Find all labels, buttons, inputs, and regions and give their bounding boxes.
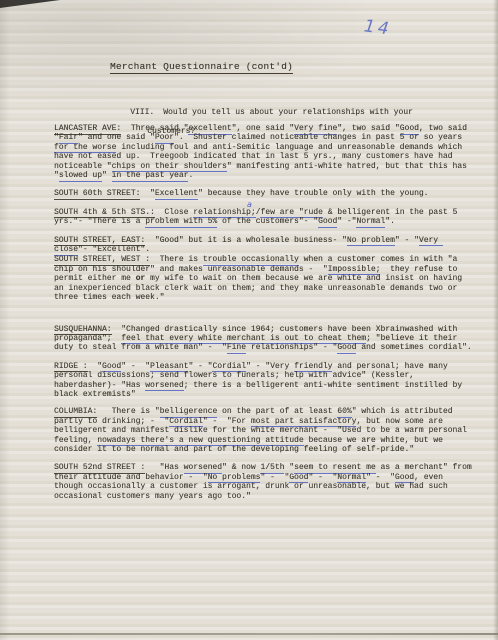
question-text-line1: Would you tell us about your relationshi… (163, 108, 413, 117)
typed-text: Close (155, 208, 193, 217)
typed-text: " & now (222, 463, 260, 472)
typed-text: There is (150, 255, 203, 264)
ink-underlined-phrase: Excellent (155, 189, 198, 200)
ink-underlined-phrase: in the past year (112, 171, 189, 182)
ink-underlined-phrase: slowed up (59, 171, 102, 182)
typed-text: " - "Very (246, 362, 294, 371)
handwritten-insertion: a (247, 200, 252, 209)
typed-text: " - " (188, 362, 212, 371)
ink-underlined-phrase: No problem (347, 236, 395, 247)
section-south-4th-5th-sts: SOUTH 4th & 5th STS.: Close relationship… (54, 208, 475, 227)
typed-text: " - " (308, 473, 337, 482)
section-ridge: RIDGE : "Good" - "Pleasant" - "Cordial" … (54, 362, 475, 400)
typed-text: ", two said " (337, 124, 399, 133)
typed-text: " (284, 463, 294, 472)
typed-text: "Good" but it is a wholesale business- " (145, 236, 347, 245)
scanned-document-page: 14 Merchant Questionnaire (cont'd) VIII.… (0, 0, 498, 640)
typed-text: " (102, 171, 112, 180)
ink-underlined-phrase: problem with 5% (145, 217, 217, 228)
section-south-street-east: SOUTH STREET, EAST: "Good" but it is a w… (54, 236, 475, 255)
page-title: Merchant Questionnaire (cont'd) (110, 61, 293, 74)
typed-text: There is " (97, 407, 159, 416)
handwritten-page-number: 14 (363, 16, 393, 39)
typed-text: " because they have trouble only with th… (198, 189, 428, 198)
typed-text: relationships" - " (246, 343, 337, 352)
typed-text: of the customers"- " (217, 217, 318, 226)
typed-text: or (136, 274, 146, 283)
ink-underlined-phrase: Good (337, 343, 356, 354)
typed-text: " - " (395, 236, 419, 245)
ink-underlined-phrase: worsened (145, 381, 183, 392)
question-number: VIII. (130, 108, 154, 117)
typed-text: . (188, 171, 193, 180)
section-south-60th-street: SOUTH 60th STREET: "Excellent" because t… (54, 189, 475, 198)
section-south-street-west: SOUTH STREET, WEST : There is trouble oc… (54, 255, 475, 302)
sections: LANCASTER AVE: Three said "excellent", o… (54, 124, 475, 501)
typed-text: "- "Excellent". (78, 245, 150, 254)
typed-text: ". Shuster claimed noticeable changes in… (174, 133, 467, 142)
ink-underlined-phrase: Good (318, 217, 337, 228)
typed-text: " (88, 362, 102, 371)
typed-text: " - " (366, 473, 395, 482)
typed-text: ". (385, 217, 395, 226)
typed-text: Three said " (121, 124, 188, 133)
typed-text: " - " (121, 362, 150, 371)
ink-underlined-phrase: Fine (227, 343, 246, 354)
scan-edge-artifact (0, 0, 60, 8)
section-susquehanna: SUSQUEHANNA: "Changed drastically since … (54, 325, 475, 353)
typed-text: "Has (145, 463, 183, 472)
typed-text: and sometimes cordial". (356, 343, 471, 352)
typed-text: " -" (337, 217, 356, 226)
ink-underlined-phrase: Normal (356, 217, 385, 228)
section-lancaster-ave: LANCASTER AVE: Three said "excellent", o… (54, 124, 475, 180)
typed-text: " - "For (203, 417, 251, 426)
typed-text: " and one said " (78, 133, 155, 142)
page-bottom-edge (0, 633, 498, 635)
typed-text: on the part of at least (217, 407, 337, 416)
section-label-south-60th-street: SOUTH 60th STREET: (54, 189, 140, 200)
section-south-52nd-street: SOUTH 52nd STREET : "Has worsened" & now… (54, 463, 475, 501)
typed-text: " (140, 189, 154, 198)
typed-text: ", one said " (232, 124, 294, 133)
section-columbia: COLUMBIA: There is "belligerence on the … (54, 407, 475, 454)
typed-text: " - " (260, 473, 289, 482)
